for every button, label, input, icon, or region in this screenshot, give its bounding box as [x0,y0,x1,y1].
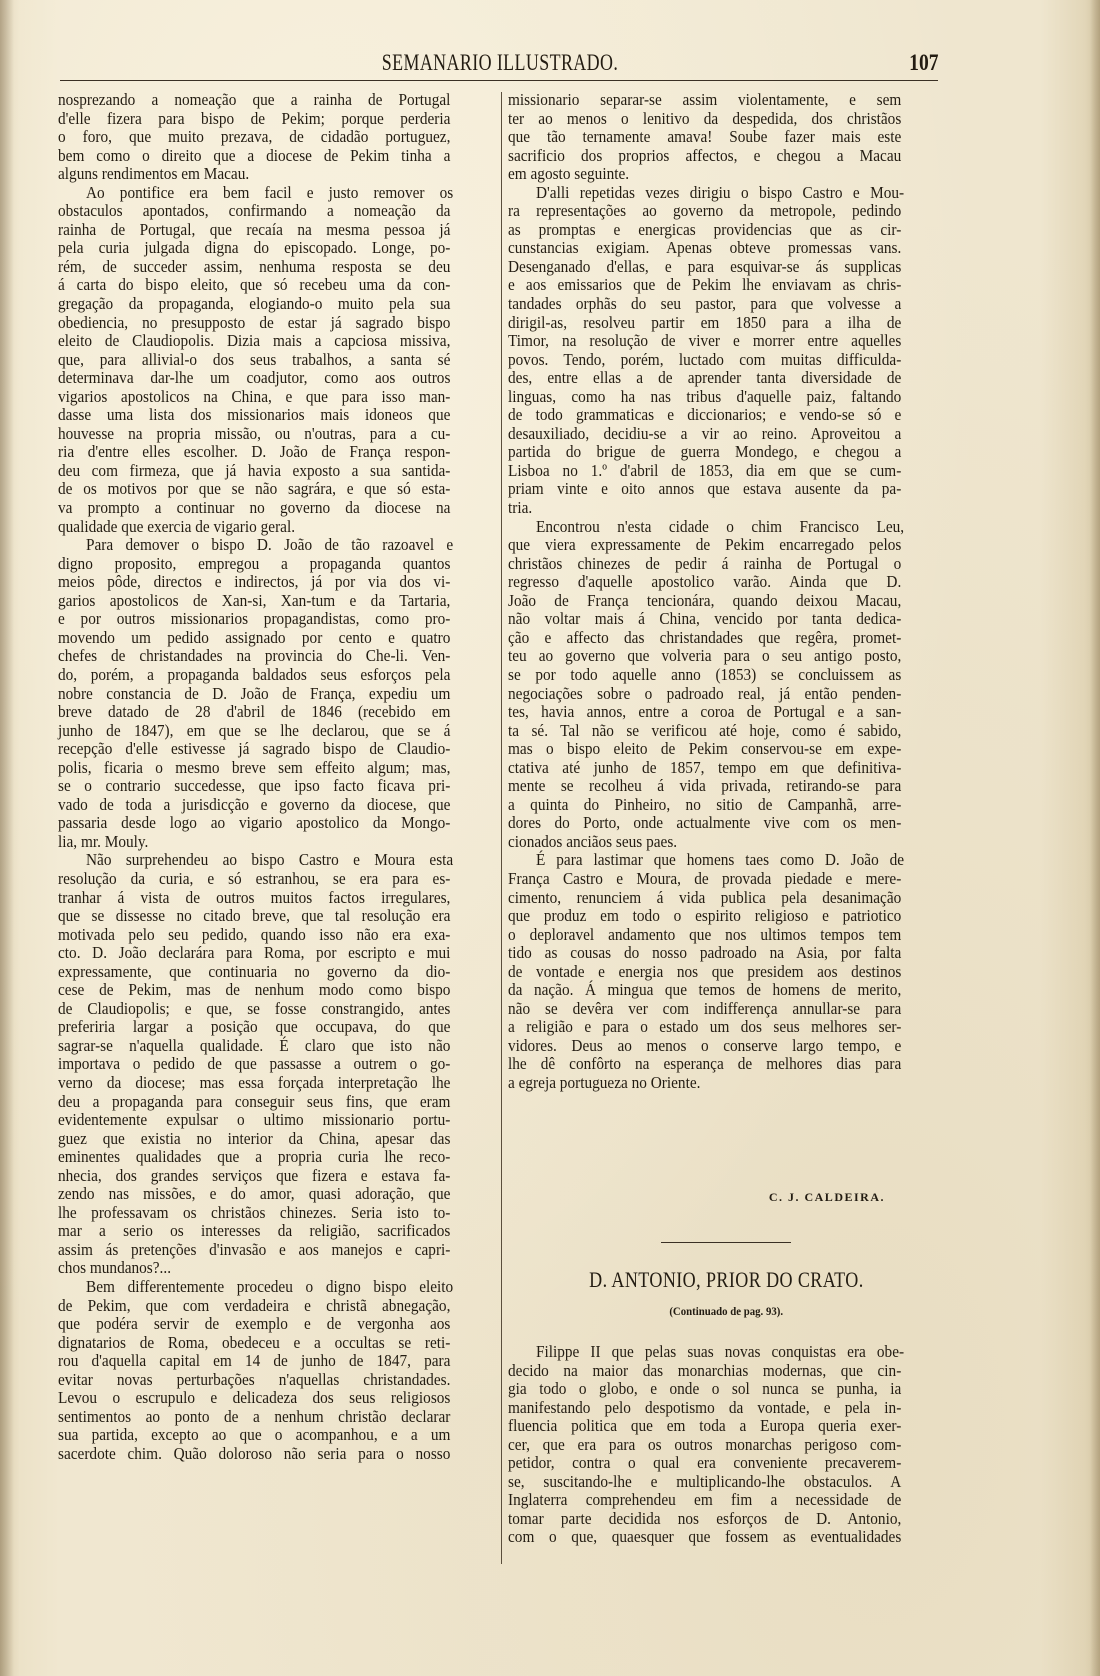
text-line-content: tria. [508,499,901,518]
text-line: ra representações ao governo da metropol… [508,202,945,221]
text-line: sacrificio dos proprios affectos, e cheg… [508,147,945,166]
text-line-content: o foro, que muito prezava, de cidadão po… [58,128,450,147]
text-line-content: que podéra servir de exemplo e de vergon… [58,1315,450,1334]
text-line: gia todo o globo, e onde o sol nunca se … [508,1380,945,1399]
text-line: importava o pedido de que passasse a out… [58,1055,494,1074]
text-line-content: mar a serio os interesses da religião, s… [58,1222,450,1241]
text-line-content: Encontrou n'esta cidade o chim Francisco… [536,518,904,537]
text-line: tria. [508,499,945,518]
text-line: a egreja portugueza no Oriente. [508,1074,945,1093]
text-line: que tão ternamente amava! Soube fazer ma… [508,128,945,147]
text-line-content: não voltar mais á China, vencido por tan… [508,610,901,629]
text-line: Levou o escrupulo e delicadeza dos seus … [58,1389,494,1408]
text-line-content: resolução da curia, e só estranhou, se e… [58,870,450,889]
text-line: resolução da curia, e só estranhou, se e… [58,870,494,889]
text-line-content: negociações sobre o padroado real, já en… [508,685,901,704]
text-line-content: D'alli repetidas vezes dirigiu o bispo C… [536,184,904,203]
text-line-content: a egreja portugueza no Oriente. [508,1074,901,1093]
text-line-content: rém, de succeder assim, nenhuma resposta… [58,258,450,277]
text-line-content: o deploravel andamento que nos ultimos t… [508,926,901,945]
text-line: que, para allivial-o dos seus trabalhos,… [58,351,494,370]
text-line-content: evitar novas perturbações n'aquellas chr… [58,1371,450,1390]
text-line: ção e affecto das christandades que regê… [508,629,945,648]
text-line: a quinta do Pinheiro, no sitio de Campan… [508,796,945,815]
text-line: de vontade e energia nos que presidem ao… [508,963,945,982]
text-line: polis, ficaria o mesmo breve sem effeito… [58,759,494,778]
text-line-content: polis, ficaria o mesmo breve sem effeito… [58,759,450,778]
text-line-content: nhecia, dos grandes serviços que fizera … [58,1167,450,1186]
text-line-content: partida do brigue de guerra Mondego, e c… [508,443,901,462]
text-line-content: passaria desde logo ao vigario apostolic… [58,814,450,833]
text-line: se por todo aquelle anno (1853) se concl… [508,666,945,685]
text-line: as promptas e energicas providencias que… [508,221,945,240]
text-line: desauxiliado, decidiu-se a vir ao reino.… [508,425,945,444]
text-line-content: des, entre ellas a de aprender tanta div… [508,369,901,388]
text-line: tranhar á vista de outros muitos factos … [58,889,494,908]
text-line-content: Para demover o bispo D. João de tão razo… [86,536,453,555]
text-line: que produz em todo o espirito religioso … [508,907,945,926]
text-line: Para demover o bispo D. João de tão razo… [58,536,494,555]
text-line: dasse uma lista dos missionarios mais id… [58,406,494,425]
text-line-content: assim ás pretenções d'invasão e aos mane… [58,1241,450,1260]
text-line-content: guez que existia no interior da China, a… [58,1130,450,1149]
text-line-content: ta sé. Tal não se verificou até hoje, co… [508,722,901,741]
text-line: cer, que era para os outros monarchas pe… [508,1436,945,1455]
text-line-content: dignatarios de Roma, obedeceu e a occult… [58,1334,450,1353]
text-line-content: expressamente, que continuaria no govern… [58,963,450,982]
text-line: nhecia, dos grandes serviços que fizera … [58,1167,494,1186]
text-line-content: cionados anciãos seus paes. [508,833,901,852]
text-line-content: Filippe II que pelas suas novas conquist… [536,1343,904,1362]
column-divider [501,92,502,1564]
text-line: do, porém, a propaganda baldados seus es… [58,666,494,685]
text-line: deu com firmeza, que já havia exposto a … [58,462,494,481]
text-line: rainha de Portugal, que recaía na mesma … [58,221,494,240]
text-line: vidores. Deus ao menos o conserve largo … [508,1037,945,1056]
text-line-content: João de França tencionára, quando deixou… [508,592,901,611]
text-line-content: nosprezando a nomeação que a rainha de P… [58,91,450,110]
text-line: priam vinte e oito annos que estava ause… [508,480,945,499]
text-line-content: que se dissesse no citado breve, que tal… [58,907,450,926]
text-line-content: cunstancias exigiam. Apenas obteve prome… [508,239,901,258]
text-line: chefes de christandades na provincia do … [58,647,494,666]
text-line-content: houvesse na propria missão, ou n'outras,… [58,425,450,444]
text-line: Encontrou n'esta cidade o chim Francisco… [508,518,945,537]
text-line: houvesse na propria missão, ou n'outras,… [58,425,494,444]
section-title-text: D. ANTONIO, PRIOR DO CRATO. [589,1267,864,1293]
text-line-content: chefes de christandades na provincia do … [58,647,450,666]
text-line: sua partida, excepto ao que o acompanhou… [58,1426,494,1445]
text-line-content: tido as cousas do nosso padroado na Asia… [508,944,901,963]
text-line-content: que viera expressamente de Pekim encarre… [508,536,901,555]
text-line-content: gregação da propaganda, elogiando-o muit… [58,295,450,314]
text-line-content: regresso d'aquelle apostolico varão. Ain… [508,573,901,592]
text-line: João de França tencionára, quando deixou… [508,592,945,611]
text-line-content: ria d'entre elles escolher. D. João de F… [58,443,450,462]
text-line: nobre constancia de D. João de França, e… [58,685,494,704]
text-line-content: em agosto seguinte. [508,165,901,184]
text-line-content: da nação. Á mingua que temos de homens d… [508,981,901,1000]
text-line: dores do Porto, onde actualmente vive co… [508,814,945,833]
text-line-content: meios pôde, directos e indirectos, já po… [58,573,450,592]
text-line: garios apostolicos de Xan-si, Xan-tum e … [58,592,494,611]
text-line: qualidade que exercia de vigario geral. [58,518,494,537]
text-line-content: que tão ternamente amava! Soube fazer ma… [508,128,901,147]
text-line-content: teu ao governo que volveria para o seu a… [508,647,901,666]
text-line-content: bem como o direito que a diocese de Peki… [58,147,450,166]
text-line: Inglaterra comprehendeu em fim a necessi… [508,1491,945,1510]
text-line: verno da diocese; mas essa forçada inter… [58,1074,494,1093]
text-line: guez que existia no interior da China, a… [58,1130,494,1149]
text-line: Lisboa no 1.º d'abril de 1853, dia em qu… [508,462,945,481]
text-line: lhe professavam os christãos chinezes. S… [58,1204,494,1223]
text-line-content: manifestando pelo despotismo da vontade,… [508,1399,901,1418]
text-line: movendo um pedido assignado por cento e … [58,629,494,648]
text-line: gregação da propaganda, elogiando-o muit… [58,295,494,314]
text-line-content: a religião e para o estado um dos seus m… [508,1018,901,1037]
section-title: D. ANTONIO, PRIOR DO CRATO. [508,1267,945,1293]
text-line-content: alguns rendimentos em Macau. [58,165,450,184]
text-line: ctativa até junho de 1857, tempo em que … [508,759,945,778]
text-line-content: lhe professavam os christãos chinezes. S… [58,1204,450,1223]
text-line-content: Ao pontifice era bem facil e justo remov… [86,184,453,203]
text-line: fluencia politica que em toda a Europa q… [508,1417,945,1436]
text-line: determinava dar-lhe um coadjutor, como a… [58,369,494,388]
text-line: sacerdote chim. Quão doloroso não seria … [58,1445,494,1464]
text-line-content: Lisboa no 1.º d'abril de 1853, dia em qu… [508,462,901,481]
text-line-content: á carta do bispo eleito, que só recebeu … [58,276,450,295]
text-line: expressamente, que continuaria no govern… [58,963,494,982]
page-number: 107 [909,50,938,76]
text-line: dirigil-as, resolveu partir em 1850 para… [508,314,945,333]
text-line: o foro, que muito prezava, de cidadão po… [58,128,494,147]
text-line: povos. Tendo, porém, luctado com muitas … [508,351,945,370]
text-line-content: e aos emissarios que de Pekim lhe enviav… [508,276,901,295]
text-line-content: lia, mr. Mouly. [58,833,450,852]
text-line-content: obstaculos apontados, confirmando a nome… [58,202,450,221]
text-line: teu ao governo que volveria para o seu a… [508,647,945,666]
text-line: ta sé. Tal não se verificou até hoje, co… [508,722,945,741]
text-line-content: cer, que era para os outros monarchas pe… [508,1436,901,1455]
section-subtitle-text: (Continuado de pag. 93). [670,1304,784,1319]
text-line: de Claudiopolis; e que, se fosse constra… [58,1000,494,1019]
text-line-content: rainha de Portugal, que recaía na mesma … [58,221,450,240]
text-line: mente se recolheu á vida privada, retira… [508,777,945,796]
text-line-content: do, porém, a propaganda baldados seus es… [58,666,450,685]
text-line-content: qualidade que exercia de vigario geral. [58,518,450,537]
text-line: breve datado de 28 d'abril de 1846 (rece… [58,703,494,722]
text-line: d'elle fizera para bispo de Pekim; porqu… [58,110,494,129]
text-line: tido as cousas do nosso padroado na Asia… [508,944,945,963]
text-line: se o contrario succedesse, que ipso fact… [58,777,494,796]
text-line-content: petidor, contra o qual era conveniente p… [508,1454,901,1473]
text-line-content: mente se recolheu á vida privada, retira… [508,777,901,796]
text-line-content: Timor, na resolução de viver e morrer en… [508,332,901,351]
text-line: e por outros missionarios propagandistas… [58,610,494,629]
text-line: lia, mr. Mouly. [58,833,494,852]
text-line: linguas, como ha nas tribus d'aquelle pa… [508,388,945,407]
author-signature: C. J. CALDEIRA. [508,1190,945,1205]
text-line-content: tranhar á vista de outros muitos factos … [58,889,450,908]
text-line-content: e por outros missionarios propagandistas… [58,610,450,629]
text-line: em agosto seguinte. [508,165,945,184]
text-line: com o que, quaesquer que fossem as event… [508,1528,945,1547]
text-line: a religião e para o estado um dos seus m… [508,1018,945,1037]
text-line: ria d'entre elles escolher. D. João de F… [58,443,494,462]
text-line: tomar parte decidida nos esforços de D. … [508,1510,945,1529]
text-line: de todo grammaticas e diccionarios; e ve… [508,406,945,425]
text-line: que podéra servir de exemplo e de vergon… [58,1315,494,1334]
text-line-content: se o contrario succedesse, que ipso fact… [58,777,450,796]
text-line-content: se por todo aquelle anno (1853) se concl… [508,666,901,685]
text-line-content: ra representações ao governo da metropol… [508,202,901,221]
text-line-content: de Claudiopolis; e que, se fosse constra… [58,1000,450,1019]
text-line: alguns rendimentos em Macau. [58,165,494,184]
text-line: Filippe II que pelas suas novas conquist… [508,1343,945,1362]
text-line-content: Desenganado d'ellas, e para esquivar-se … [508,258,901,277]
text-line-content: evidentemente expulsar o ultimo missiona… [58,1111,450,1130]
text-line: chos mundanos?... [58,1259,494,1278]
text-line-content: sentimentos ao ponto de a nenhum christã… [58,1408,450,1427]
text-line-content: sagrar-se n'aquella qualidade. É claro q… [58,1037,450,1056]
text-line-content: vado de toda a jurisdicção e governo da … [58,796,450,815]
text-line-content: vigarios apostolicos na China, e que par… [58,388,450,407]
text-line: que se dissesse no citado breve, que tal… [58,907,494,926]
text-line-content: determinava dar-lhe um coadjutor, como a… [58,369,450,388]
text-line-content: digno proposito, empregou a propaganda q… [58,555,450,574]
text-line-content: cese de Pekim, mas de nenhum modo como b… [58,981,450,1000]
text-line: zendo nas missões, e do amor, quasi ador… [58,1185,494,1204]
text-line-content: missionario separar-se assim violentamen… [508,91,901,110]
text-line: de os motivos por que se não sagrára, e … [58,480,494,499]
text-line: assim ás pretenções d'invasão e aos mane… [58,1241,494,1260]
page-right-edge [1090,0,1100,1676]
text-line: tes, havia annos, entre a coroa de Portu… [508,703,945,722]
text-line: da nação. Á mingua que temos de homens d… [508,981,945,1000]
text-line-content: gia todo o globo, e onde o sol nunca se … [508,1380,901,1399]
right-column: missionario separar-se assim violentamen… [508,91,945,1093]
text-line-content: de todo grammaticas e diccionarios; e ve… [508,406,901,425]
text-line-content: movendo um pedido assignado por cento e … [58,629,450,648]
text-line: sagrar-se n'aquella qualidade. É claro q… [58,1037,494,1056]
text-line: mas o bispo eleito de Pekim conservou-se… [508,740,945,759]
text-line-content: não se devêra ver com indifferença annul… [508,1000,901,1019]
text-line-content: dasse uma lista dos missionarios mais id… [58,406,450,425]
text-line-content: recepção d'elle estivesse já sagrado bis… [58,740,450,759]
text-line: partida do brigue de guerra Mondego, e c… [508,443,945,462]
text-line-content: É para lastimar que homens taes como D. … [536,851,904,870]
text-line: eleito de Claudiopolis. Dizia mais a cap… [58,332,494,351]
text-line-content: deu a propaganda para conseguir seus fin… [58,1093,450,1112]
text-line: França Castro e Moura, de provada piedad… [508,870,945,889]
text-line-content: obediencia, no presupposto de estar já s… [58,314,450,333]
text-line: dignatarios de Roma, obedeceu e a occult… [58,1334,494,1353]
page-header: SEMANARIO ILLUSTRADO. 107 [60,48,940,78]
text-line-content: garios apostolicos de Xan-si, Xan-tum e … [58,592,450,611]
text-line: D'alli repetidas vezes dirigiu o bispo C… [508,184,945,203]
text-line: cionados anciãos seus paes. [508,833,945,852]
text-line: cimento, renunciem á vida publica pela d… [508,889,945,908]
text-line-content: mas o bispo eleito de Pekim conservou-se… [508,740,901,759]
text-line: bem como o direito que a diocese de Peki… [58,147,494,166]
text-line: passaria desde logo ao vigario apostolic… [58,814,494,833]
text-line-content: tomar parte decidida nos esforços de D. … [508,1510,901,1529]
text-line-content: de os motivos por que se não sagrára, e … [58,480,450,499]
text-line-content: desauxiliado, decidiu-se a vir ao reino.… [508,425,901,444]
text-line: ter ao menos o lenitivo da despedida, do… [508,110,945,129]
text-line: que viera expressamente de Pekim encarre… [508,536,945,555]
section-body: Filippe II que pelas suas novas conquist… [508,1343,945,1547]
text-line-content: importava o pedido de que passasse a out… [58,1055,450,1074]
text-line: pela curia julgada digna do episcopado. … [58,239,494,258]
text-line: Bem differentemente procedeu o digno bis… [58,1278,494,1297]
header-rule [60,80,938,81]
text-line: deu a propaganda para conseguir seus fin… [58,1093,494,1112]
text-line: obediencia, no presupposto de estar já s… [58,314,494,333]
text-line: missionario separar-se assim violentamen… [508,91,945,110]
text-line: rém, de succeder assim, nenhuma resposta… [58,258,494,277]
text-line: meios pôde, directos e indirectos, já po… [58,573,494,592]
text-line-content: tandades orphãs do seu pastor, para que … [508,295,901,314]
text-line-content: eminentes qualidades que a propria curia… [58,1148,450,1167]
text-line-content: Bem differentemente procedeu o digno bis… [86,1278,453,1297]
text-line: Não surprehendeu ao bispo Castro e Moura… [58,851,494,870]
text-line-content: verno da diocese; mas essa forçada inter… [58,1074,450,1093]
text-line: petidor, contra o qual era conveniente p… [508,1454,945,1473]
text-line-content: as promptas e energicas providencias que… [508,221,901,240]
text-line: Ao pontifice era bem facil e justo remov… [58,184,494,203]
text-line-content: fluencia politica que em toda a Europa q… [508,1417,901,1436]
text-line: cto. D. João declarára para Roma, por es… [58,944,494,963]
text-line: vigarios apostolicos na China, e que par… [58,388,494,407]
text-line-content: Levou o escrupulo e delicadeza dos seus … [58,1389,450,1408]
text-line-content: nobre constancia de D. João de França, e… [58,685,450,704]
text-line: decido na maior das monarchias modernas,… [508,1362,945,1381]
text-line: nosprezando a nomeação que a rainha de P… [58,91,494,110]
text-line-content: junho de 1847), em que se lhe declarou, … [58,722,450,741]
text-line-content: breve datado de 28 d'abril de 1846 (rece… [58,703,450,722]
text-line-content: de vontade e energia nos que presidem ao… [508,963,901,982]
text-line-content: pela curia julgada digna do episcopado. … [58,239,450,258]
text-line: eminentes qualidades que a propria curia… [58,1148,494,1167]
text-line: digno proposito, empregou a propaganda q… [58,555,494,574]
text-line-content: se, suscitando-lhe e multiplicando-lhe o… [508,1473,901,1492]
text-line-content: de Pekim, que com verdadeira e christã a… [58,1297,450,1316]
text-line-content: a quinta do Pinheiro, no sitio de Campan… [508,796,901,815]
text-line-content: que, para allivial-o dos seus trabalhos,… [58,351,450,370]
text-line-content: Inglaterra comprehendeu em fim a necessi… [508,1491,901,1510]
text-line-content: motivada pelo seu pedido, quando isso nã… [58,926,450,945]
text-line: des, entre ellas a de aprender tanta div… [508,369,945,388]
text-line: preferiria largar a posição que occupava… [58,1018,494,1037]
text-line: É para lastimar que homens taes como D. … [508,851,945,870]
text-line-content: priam vinte e oito annos que estava ause… [508,480,901,499]
text-line: o deploravel andamento que nos ultimos t… [508,926,945,945]
text-line: se, suscitando-lhe e multiplicando-lhe o… [508,1473,945,1492]
text-line: rou d'aquella capital em 14 de junho de … [58,1352,494,1371]
text-line: cese de Pekim, mas de nenhum modo como b… [58,981,494,1000]
text-line-content: vidores. Deus ao menos o conserve largo … [508,1037,901,1056]
text-line-content: dores do Porto, onde actualmente vive co… [508,814,901,833]
text-line-content: va prompto a continuar no governo da dio… [58,499,450,518]
left-column: nosprezando a nomeação que a rainha de P… [58,91,494,1463]
text-line-content: deu com firmeza, que já havia exposto a … [58,462,450,481]
section-subtitle: (Continuado de pag. 93). [508,1304,945,1319]
text-line-content: rou d'aquella capital em 14 de junho de … [58,1352,450,1371]
text-line: Desenganado d'ellas, e para esquivar-se … [508,258,945,277]
text-line-content: sua partida, excepto ao que o acompanhou… [58,1426,450,1445]
text-line: de Pekim, que com verdadeira e christã a… [58,1297,494,1316]
text-line: não se devêra ver com indifferença annul… [508,1000,945,1019]
text-line: lhe dê confôrto na esperança de melhores… [508,1055,945,1074]
text-line: regresso d'aquelle apostolico varão. Ain… [508,573,945,592]
page-left-shadow [0,0,14,1676]
text-line-content: christãos chinezes de pedir á rainha de … [508,555,901,574]
text-line-content: cimento, renunciem á vida publica pela d… [508,889,901,908]
text-line-content: dirigil-as, resolveu partir em 1850 para… [508,314,901,333]
text-line: mar a serio os interesses da religião, s… [58,1222,494,1241]
text-line: obstaculos apontados, confirmando a nome… [58,202,494,221]
text-line: manifestando pelo despotismo da vontade,… [508,1399,945,1418]
text-line-content: ter ao menos o lenitivo da despedida, do… [508,110,901,129]
text-line: evidentemente expulsar o ultimo missiona… [58,1111,494,1130]
text-line: motivada pelo seu pedido, quando isso nã… [58,926,494,945]
text-line-content: com o que, quaesquer que fossem as event… [508,1528,901,1547]
text-line: va prompto a continuar no governo da dio… [58,499,494,518]
text-line-content: França Castro e Moura, de provada piedad… [508,870,901,889]
text-line-content: cto. D. João declarára para Roma, por es… [58,944,450,963]
text-line-content: que produz em todo o espirito religioso … [508,907,901,926]
text-line: tandades orphãs do seu pastor, para que … [508,295,945,314]
text-line-content: eleito de Claudiopolis. Dizia mais a cap… [58,332,450,351]
text-line-content: sacrificio dos proprios affectos, e cheg… [508,147,901,166]
text-line: não voltar mais á China, vencido por tan… [508,610,945,629]
text-line-content: linguas, como ha nas tribus d'aquelle pa… [508,388,901,407]
text-line-content: ção e affecto das christandades que regê… [508,629,901,648]
text-line-content: chos mundanos?... [58,1259,450,1278]
text-line: evitar novas perturbações n'aquellas chr… [58,1371,494,1390]
text-line-content: preferiria largar a posição que occupava… [58,1018,450,1037]
section-divider-rule [661,1242,791,1243]
text-line-content: lhe dê confôrto na esperança de melhores… [508,1055,901,1074]
text-line: vado de toda a jurisdicção e governo da … [58,796,494,815]
text-line: Timor, na resolução de viver e morrer en… [508,332,945,351]
text-line-content: Não surprehendeu ao bispo Castro e Moura… [86,851,453,870]
text-line-content: sacerdote chim. Quão doloroso não seria … [58,1445,450,1464]
text-line-content: povos. Tendo, porém, luctado com muitas … [508,351,901,370]
text-line: sentimentos ao ponto de a nenhum christã… [58,1408,494,1427]
text-line: junho de 1847), em que se lhe declarou, … [58,722,494,741]
text-line-content: zendo nas missões, e do amor, quasi ador… [58,1185,450,1204]
text-line: negociações sobre o padroado real, já en… [508,685,945,704]
masthead: SEMANARIO ILLUSTRADO. [157,50,843,76]
text-line-content: ctativa até junho de 1857, tempo em que … [508,759,901,778]
text-line-content: d'elle fizera para bispo de Pekim; porqu… [58,110,450,129]
text-line: á carta do bispo eleito, que só recebeu … [58,276,494,295]
text-line-content: decido na maior das monarchias modernas,… [508,1362,901,1381]
text-line: recepção d'elle estivesse já sagrado bis… [58,740,494,759]
text-line: e aos emissarios que de Pekim lhe enviav… [508,276,945,295]
text-line: christãos chinezes de pedir á rainha de … [508,555,945,574]
text-line: cunstancias exigiam. Apenas obteve prome… [508,239,945,258]
text-line-content: tes, havia annos, entre a coroa de Portu… [508,703,901,722]
